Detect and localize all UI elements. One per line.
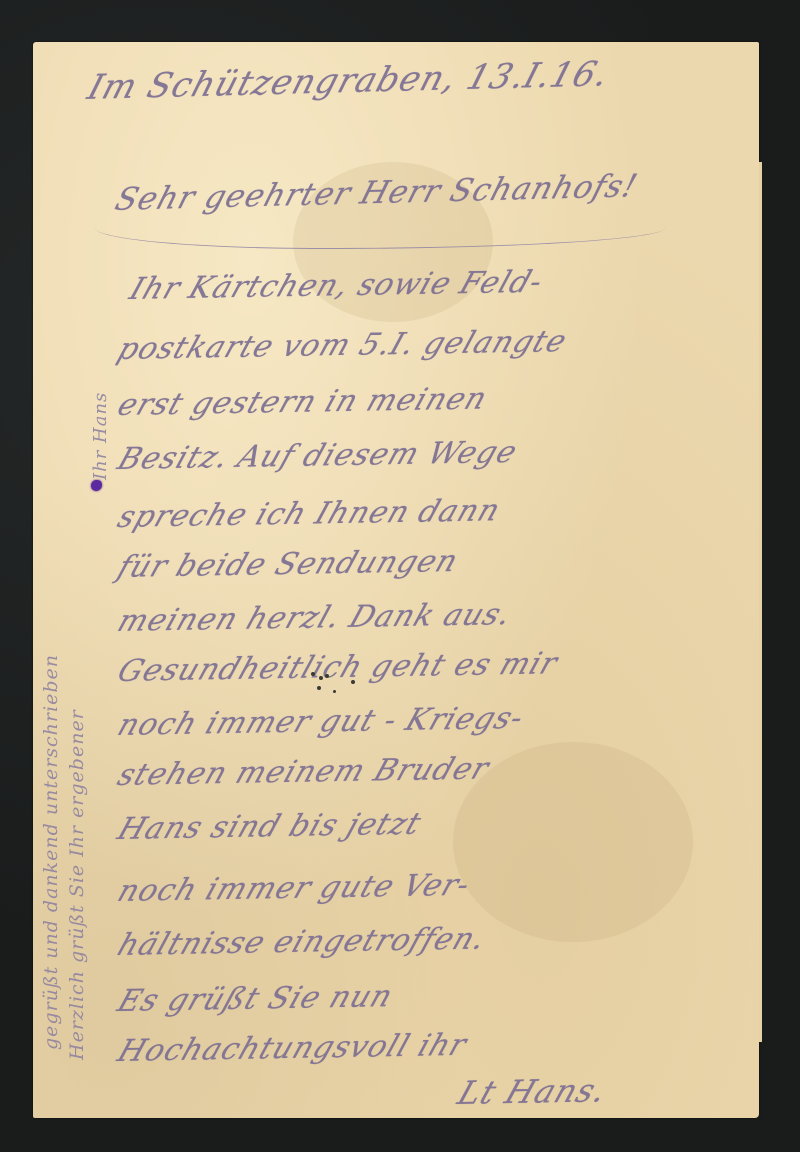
signature: Lt Hans. bbox=[453, 1071, 613, 1112]
margin-note: gegrüßt und dankend unterschrieben bbox=[40, 654, 62, 1050]
salutation-underline bbox=[95, 228, 665, 249]
body-line: stehen meinem Bruder bbox=[113, 751, 494, 793]
body-line: Ihr Kärtchen, sowie Feld- bbox=[125, 265, 548, 307]
paper-stain bbox=[453, 742, 693, 942]
body-line: noch immer gut - Kriegs- bbox=[113, 701, 529, 743]
body-line: meinen herzl. Dank aus. bbox=[113, 597, 517, 639]
body-line: Hochachtungsvoll ihr bbox=[113, 1028, 472, 1069]
postcard: Im Schützengraben, 13.I.16. Sehr geehrte… bbox=[33, 42, 759, 1118]
margin-note: Herzlich grüßt Sie Ihr ergebener bbox=[66, 709, 88, 1060]
body-line: für beide Sendungen bbox=[113, 544, 463, 585]
body-line: noch immer gute Ver- bbox=[113, 868, 475, 909]
body-line: spreche ich Ihnen dann bbox=[113, 493, 505, 535]
salutation: Sehr geehrter Herr Schanhofs! bbox=[111, 168, 642, 218]
place-date-header: Im Schützengraben, 13.I.16. bbox=[83, 54, 614, 108]
body-line: erst gestern in meinen bbox=[113, 381, 492, 423]
body-line: Es grüßt Sie nun bbox=[113, 979, 398, 1019]
body-line: Hans sind bis jetzt bbox=[113, 807, 426, 847]
body-line: postkarte vom 5.I. gelangte bbox=[113, 324, 572, 367]
body-line: hältnisse eingetroffen. bbox=[113, 921, 491, 963]
dirt-specks bbox=[303, 662, 363, 702]
ink-blot bbox=[91, 480, 102, 491]
margin-note: Ihr Hans bbox=[90, 392, 111, 480]
body-line: Besitz. Auf diesem Wege bbox=[113, 435, 522, 477]
